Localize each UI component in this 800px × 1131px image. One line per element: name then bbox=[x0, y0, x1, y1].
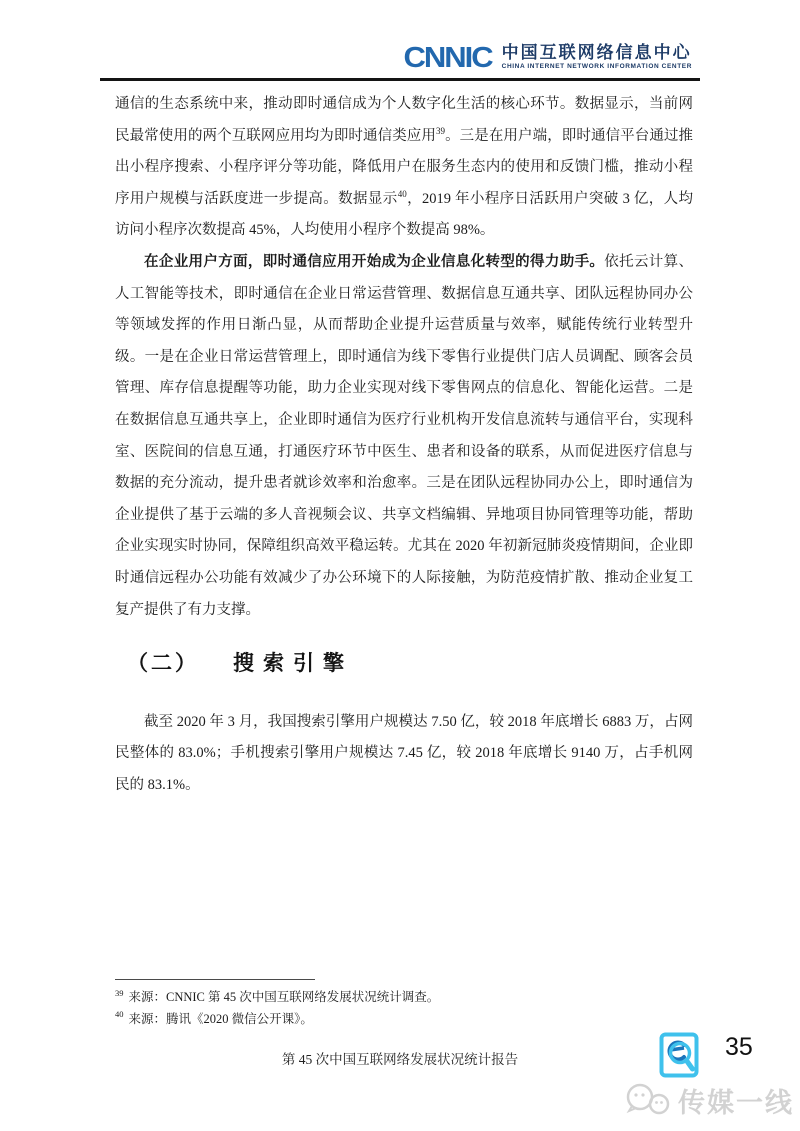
report-page: CNNIC 中国互联网络信息中心 CHINA INTERNET NETWORK … bbox=[0, 0, 800, 1131]
footnote-number: 39 bbox=[115, 988, 124, 998]
page-number: 35 bbox=[725, 1033, 753, 1062]
footnote-ref-40: 40 bbox=[398, 189, 407, 199]
footnote-40: 40来源：腾讯《2020 微信公开课》。 bbox=[115, 1009, 693, 1031]
section-title: 搜索引擎 bbox=[233, 651, 353, 675]
footnote-divider bbox=[115, 979, 315, 980]
report-logo-icon bbox=[659, 1032, 699, 1078]
footnote-number: 40 bbox=[115, 1009, 124, 1019]
wechat-icon bbox=[623, 1082, 673, 1120]
footnotes-block: 39来源：CNNIC 第 45 次中国互联网络发展状况统计调查。 40来源：腾讯… bbox=[115, 979, 693, 1030]
org-name-english: CHINA INTERNET NETWORK INFORMATION CENTE… bbox=[502, 64, 692, 71]
footnote-text: 来源：腾讯《2020 微信公开课》。 bbox=[129, 1012, 313, 1026]
paragraph-text: 依托云计算、人工智能等技术，即时通信在企业日常运营管理、数据信息互通共享、团队远… bbox=[115, 254, 693, 618]
footnote-text: 来源：CNNIC 第 45 次中国互联网络发展状况统计调查。 bbox=[129, 990, 440, 1004]
org-name-chinese: 中国互联网络信息中心 bbox=[502, 44, 692, 61]
footnote-ref-39: 39 bbox=[436, 126, 445, 136]
watermark-text: 传媒一线 bbox=[678, 1081, 794, 1120]
document-body: 通信的生态系统中来，推动即时通信成为个人数字化生活的核心环节。数据显示，当前网民… bbox=[115, 89, 693, 801]
paragraph-im-enterprise: 在企业用户方面，即时通信应用开始成为企业信息化转型的得力助手。依托云计算、人工智… bbox=[115, 247, 693, 626]
paragraph-search-engine: 截至 2020 年 3 月，我国搜索引擎用户规模达 7.50 亿，较 2018 … bbox=[115, 707, 693, 802]
footnote-39: 39来源：CNNIC 第 45 次中国互联网络发展状况统计调查。 bbox=[115, 987, 693, 1009]
cnnic-logo: CNNIC bbox=[403, 43, 491, 72]
section-number: （二） bbox=[127, 651, 199, 675]
paragraph-lead-bold: 在企业用户方面，即时通信应用开始成为企业信息化转型的得力助手。 bbox=[144, 254, 604, 270]
header-divider bbox=[100, 78, 700, 81]
org-name-block: 中国互联网络信息中心 CHINA INTERNET NETWORK INFORM… bbox=[502, 44, 692, 71]
section-heading-search-engine: （二）搜索引擎 bbox=[127, 648, 693, 680]
page-header: CNNIC 中国互联网络信息中心 CHINA INTERNET NETWORK … bbox=[100, 42, 692, 73]
paragraph-im-personal: 通信的生态系统中来，推动即时通信成为个人数字化生活的核心环节。数据显示，当前网民… bbox=[115, 89, 693, 247]
watermark: 传媒一线 bbox=[623, 1081, 794, 1120]
